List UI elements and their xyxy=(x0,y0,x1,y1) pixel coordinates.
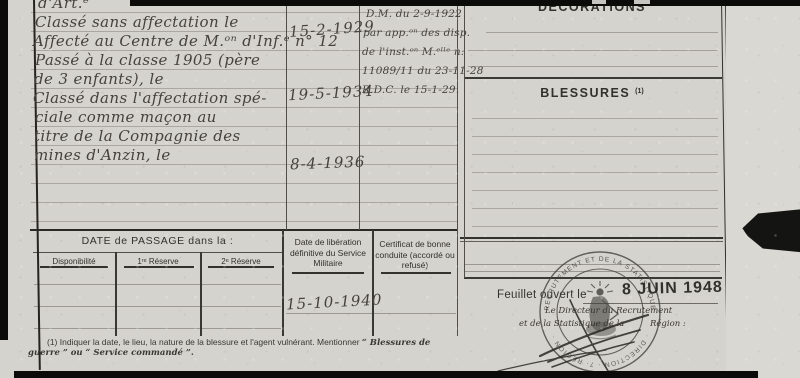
scanned-record-sheet: d'Art.ᵉ Classé sans affectation le Affec… xyxy=(0,0,800,378)
ruled-line xyxy=(34,328,281,329)
ruled-line xyxy=(31,164,457,165)
region-label: Région : xyxy=(650,319,686,329)
footnote-prefix: (1) Indiquer la date, le lieu, la nature… xyxy=(47,337,362,347)
annotation-line: 11089/11 du 23-11-28 xyxy=(362,65,484,77)
ruled-line xyxy=(33,252,282,253)
ruled-line xyxy=(472,208,718,209)
annotation-line: D.M. du 2-9-1922 xyxy=(366,8,462,20)
ruled-line xyxy=(468,50,718,51)
ruled-line xyxy=(472,136,718,137)
ruled-line xyxy=(381,272,451,274)
annotation-line: par app.ᵒⁿ des disp. xyxy=(363,27,470,39)
note-line: ciale comme maçon au xyxy=(35,108,217,126)
ruled-line xyxy=(472,226,718,227)
certificat-header: Certificat de bonne conduite (accordé ou… xyxy=(372,239,458,271)
ruled-line xyxy=(472,190,718,191)
ruled-line xyxy=(468,66,718,67)
scan-edge-notch xyxy=(634,0,650,4)
director-line-1: Le Directeur du Recrutement xyxy=(545,306,672,316)
note-line: d'Art.ᵉ xyxy=(38,0,89,12)
annotation-line: R.D.C. le 15-1-29. xyxy=(362,84,459,96)
ruled-line xyxy=(40,266,108,268)
liberation-header: Date de libération définitive du Service… xyxy=(285,237,371,269)
note-line: Classé sans affectation le xyxy=(35,13,239,31)
scan-edge-notch xyxy=(592,0,606,4)
note-line: Classé dans l'affectation spé- xyxy=(33,89,267,107)
ruled-line xyxy=(124,266,194,268)
ruled-line xyxy=(31,202,457,203)
ruled-line xyxy=(34,284,281,285)
annotation-line: de l'inst.ᵒⁿ M.ᵉˡˡᵉ n: xyxy=(362,46,465,58)
ruled-line xyxy=(472,172,718,173)
ruled-line xyxy=(282,230,284,336)
note-line: mines d'Anzin, le xyxy=(34,146,171,164)
note-line: de 3 enfants), le xyxy=(34,70,164,88)
ruled-line xyxy=(464,77,722,79)
ruled-line xyxy=(464,0,465,278)
note-line: Passé à la classe 1905 (père xyxy=(35,51,260,69)
right-page-margin xyxy=(726,0,800,378)
ruled-line xyxy=(472,118,718,119)
note-line: titre de la Compagnie des xyxy=(34,127,241,145)
blessures-title-text: BLESSURES xyxy=(540,86,630,100)
passage-table-title: DATE de PASSAGE dans la : xyxy=(33,235,282,247)
ruled-line xyxy=(486,32,718,33)
ruled-line xyxy=(31,221,457,222)
director-line-2: et de la Statistique de la xyxy=(519,319,624,329)
ruled-line xyxy=(34,306,281,307)
ruled-line xyxy=(292,272,364,274)
footnote-quote: “ Blessures de xyxy=(362,338,430,348)
footnote-line-1: (1) Indiquer la date, le lieu, la nature… xyxy=(47,337,430,348)
passage-col-1re-reserve: 1ʳᵉ Réserve xyxy=(117,257,199,266)
ruled-line xyxy=(30,229,458,231)
blessures-title: BLESSURES (1) xyxy=(464,86,720,100)
date-stamp: 8 JUIN 1948 xyxy=(622,279,723,300)
ruled-line xyxy=(472,154,718,155)
scan-edge-left xyxy=(0,0,8,340)
ruled-line xyxy=(31,183,457,184)
passage-col-2e-reserve: 2ᵉ Réserve xyxy=(202,257,280,266)
blessures-footnote-ref: (1) xyxy=(635,88,644,95)
date-entry: 8-4-1936 xyxy=(290,153,366,174)
ruled-line xyxy=(286,313,456,314)
scan-edge-top xyxy=(130,0,800,6)
passage-col-disponibilite: Disponibilité xyxy=(35,257,113,266)
ruled-line xyxy=(460,237,723,239)
footnote-line-2: guerre ” ou “ Service commandé ”. xyxy=(28,348,194,358)
scan-edge-bottom xyxy=(14,371,758,378)
ruled-line xyxy=(208,266,274,268)
